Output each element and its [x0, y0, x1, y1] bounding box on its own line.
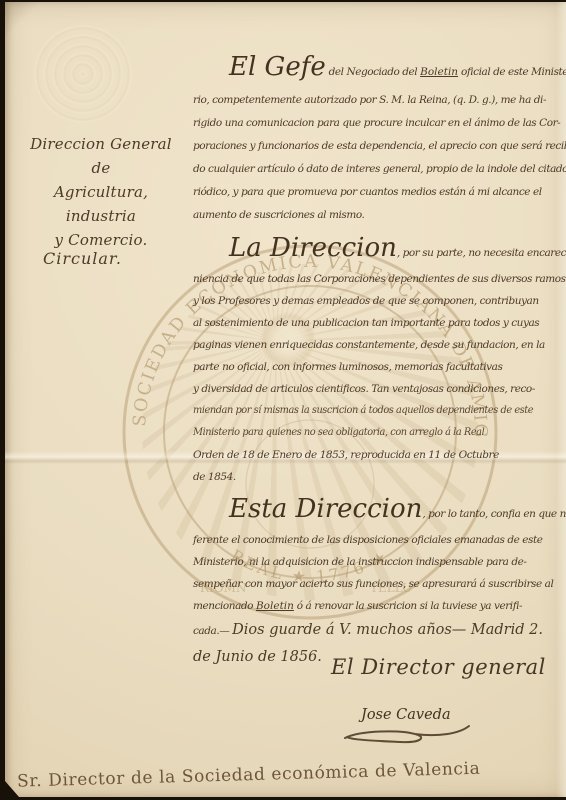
letter-line: y diversidad de articulos cientificos. T…: [193, 378, 566, 400]
closing-line-small: cada.—: [193, 625, 232, 637]
paragraph-3: Esta Direccion, por lo tanto, confia en …: [193, 492, 566, 670]
scanned-letter-page: SOCIEDAD ECONOMICA VALENCIANA DE AMIGOS …: [5, 2, 566, 797]
paragraph-1-first-line: El Gefe del Negociado del Boletin oficia…: [193, 48, 566, 89]
letterhead-line: Direccion General: [27, 132, 175, 156]
letterhead-line: Agricultura, industria: [27, 180, 175, 228]
letter-line: do cualquier artículo ó dato de interes …: [193, 158, 566, 181]
embossed-dry-seal: [33, 24, 133, 124]
letter-line: mencionado Boletin ó á renovar la suscri…: [193, 595, 566, 617]
paragraph-2-line-text: , por su parte, no necesita encarecer la…: [397, 247, 566, 259]
letter-line: al sostenimiento de una publicacion tan …: [193, 312, 566, 334]
letter-line: Orden de 18 de Enero de 1853, reproducid…: [193, 444, 566, 466]
signature-title: El Director general: [331, 655, 546, 679]
paragraph-1-line-text: del Negociado del: [326, 66, 420, 78]
paragraph-2: La Direccion, por su parte, no necesita …: [193, 231, 566, 488]
paragraph-2-first-line: La Direccion, por su parte, no necesita …: [193, 231, 566, 268]
closing-line: cada.— Dios guarde á V. muchos años— Mad…: [193, 617, 566, 644]
boletin-underlined-word: Boletin: [256, 600, 294, 612]
paragraph-1-lead: El Gefe: [229, 52, 326, 82]
letter-line: rio, competentemente autorizado por S. M…: [193, 89, 566, 112]
letter-body: El Gefe del Negociado del Boletin oficia…: [193, 48, 566, 670]
letter-line: riódico, y para que promueva por cuantos…: [193, 181, 566, 204]
letter-line: sempeñar con mayor acierto sus funciones…: [193, 573, 566, 595]
letter-line: y los Profesores y demas empleados de qu…: [193, 290, 566, 312]
letter-line: niencia de que todas las Corporaciones d…: [193, 268, 566, 290]
paragraph-2-lead: La Direccion: [229, 233, 397, 263]
paragraph-3-first-line: Esta Direccion, por lo tanto, confia en …: [193, 492, 566, 529]
paragraph-3-line-text: ó á renovar la suscricion si la tuviese …: [294, 600, 522, 612]
letter-line: de 1854.: [193, 466, 566, 488]
signature-name: Jose Caveda: [361, 707, 451, 723]
boletin-underlined-word: Boletin: [420, 66, 458, 78]
letter-line: aumento de suscriciones al mismo.: [193, 204, 566, 227]
paragraph-1: El Gefe del Negociado del Boletin oficia…: [193, 48, 566, 227]
letter-line: rigido una comunicacion para que procure…: [193, 112, 566, 135]
paragraph-1-line-text: oficial de este Ministe-: [458, 66, 566, 78]
letterhead-line: de: [27, 156, 175, 180]
circular-label: Circular.: [43, 249, 122, 268]
letter-line: paginas vienen enriquecidas constantemen…: [193, 334, 566, 356]
addressee-line: Sr. Director de la Sociedad económica de…: [17, 756, 565, 791]
signature-flourish-icon: [341, 724, 475, 752]
letter-line: ferente el conocimiento de las disposici…: [193, 529, 566, 551]
letter-line: miendan por sí mismas la suscricion á to…: [193, 400, 566, 422]
letter-line: Ministerio, ni la adquisicion de la inst…: [193, 551, 566, 573]
letterhead: Direccion General de Agricultura, indust…: [27, 132, 175, 252]
letter-line: Ministerio para quienes no sea obligator…: [193, 422, 566, 444]
letter-line: poraciones y funcionarios de esta depend…: [193, 135, 566, 158]
bottom-left-scan-corner: [5, 781, 19, 797]
closing-line-large: Dios guarde á V. muchos años— Madrid 2.: [232, 622, 543, 638]
paragraph-3-line-text: , por lo tanto, confia en que no siéndol…: [422, 508, 566, 520]
paragraph-3-line-text: mencionado: [193, 600, 256, 612]
letter-line: parte no oficial, con informes luminosos…: [193, 356, 566, 378]
paragraph-3-lead: Esta Direccion: [229, 494, 422, 524]
